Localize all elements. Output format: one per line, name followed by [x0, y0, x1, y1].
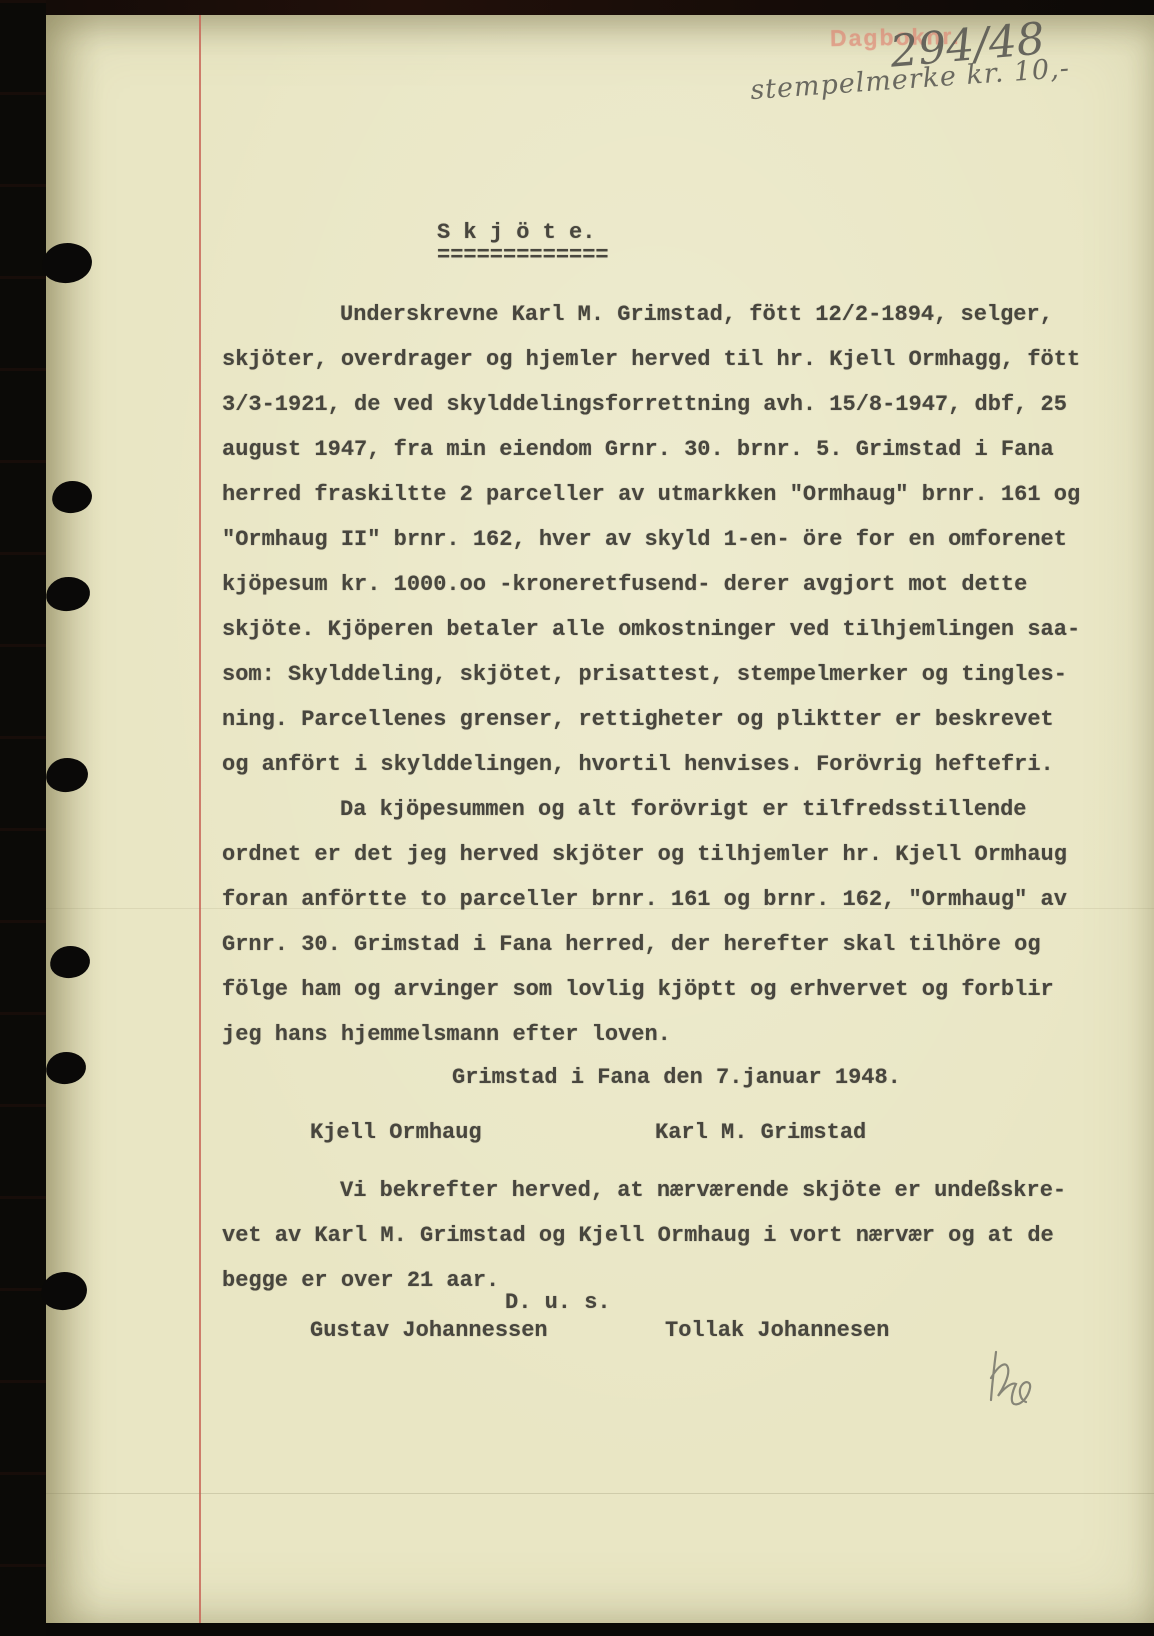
document-title: S k j ö t e. [437, 220, 595, 245]
title-underline: ============= [437, 243, 609, 268]
typewritten-line: Grnr. 30. Grimstad i Fana herred, der he… [222, 930, 1041, 960]
typewritten-line: vet av Karl M. Grimstad og Kjell Ormhaug… [222, 1221, 1054, 1251]
typewritten-line: begge er over 21 aar. [222, 1266, 499, 1296]
typewritten-line: 3/3-1921, de ved skylddelingsforrettning… [222, 390, 1067, 420]
typewritten-line: som: Skylddeling, skjötet, prisattest, s… [222, 660, 1067, 690]
typewritten-line: Vi bekrefter herved, at nærværende skjöt… [340, 1176, 1066, 1206]
typewritten-line: ordnet er det jeg herved skjöter og tilh… [222, 840, 1067, 870]
typewritten-line: herred fraskiltte 2 parceller av utmarkk… [222, 480, 1080, 510]
typewritten-line: ning. Parcellenes grenser, rettigheter o… [222, 705, 1054, 735]
typewritten-line: skjöter, overdrager og hjemler herved ti… [222, 345, 1080, 375]
typewritten-line: og anfört i skylddelingen, hvortil henvi… [222, 750, 1054, 780]
typewritten-line: Gustav Johannessen [310, 1316, 548, 1346]
scanned-deed-page: Dagboknr. 294/48 stempelmerke kr. 10,- S… [0, 0, 1154, 1636]
typewritten-line: skjöte. Kjöperen betaler alle omkostning… [222, 615, 1080, 645]
typewritten-line: jeg hans hjemmelsmann efter loven. [222, 1020, 671, 1050]
typewritten-line: Tollak Johannesen [665, 1316, 889, 1346]
scan-frame-top [0, 0, 1154, 15]
typewritten-line: "Ormhaug II" brnr. 162, hver av skyld 1-… [222, 525, 1067, 555]
scan-frame-left [0, 0, 46, 1636]
typewritten-line: Underskrevne Karl M. Grimstad, fött 12/2… [340, 300, 1053, 330]
typewritten-line: august 1947, fra min eiendom Grnr. 30. b… [222, 435, 1054, 465]
typewritten-line: Grimstad i Fana den 7.januar 1948. [452, 1063, 901, 1093]
typewritten-line: Da kjöpesummen og alt forövrigt er tilfr… [340, 795, 1027, 825]
handwritten-initials-paraph [982, 1338, 1046, 1416]
typewritten-line: Kjell Ormhaug [310, 1118, 482, 1148]
paper-crease [46, 1493, 1154, 1494]
scan-frame-bottom [0, 1623, 1154, 1636]
typewritten-line: kjöpesum kr. 1000.oo -kroneretfusend- de… [222, 570, 1027, 600]
typewritten-line: Karl M. Grimstad [655, 1118, 866, 1148]
typewritten-line: D. u. s. [505, 1288, 611, 1318]
typewritten-line: fölge ham og arvinger som lovlig kjöptt … [222, 975, 1054, 1005]
typewritten-line: foran anförtte to parceller brnr. 161 og… [222, 885, 1067, 915]
red-margin-line [199, 15, 201, 1623]
